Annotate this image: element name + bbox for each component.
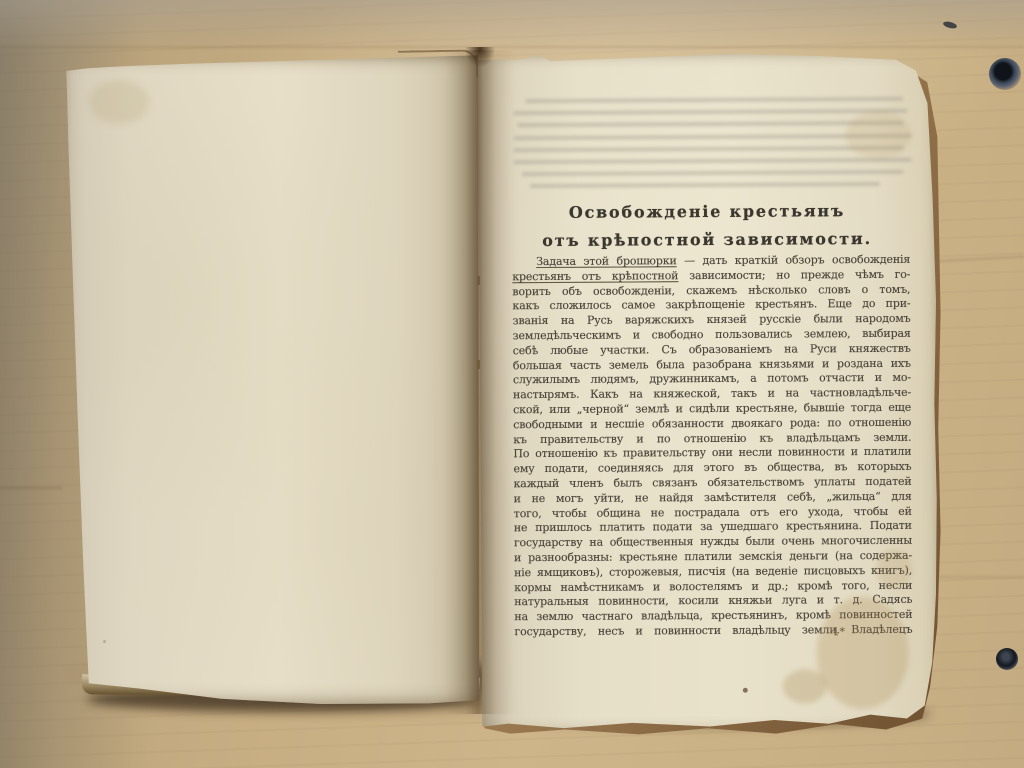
chapter-title-line-1: Освобожденіе крестьянъ [498,197,916,228]
paper-stain [816,597,909,710]
screw-icon [989,58,1021,90]
screw-icon [996,648,1018,670]
right-page: Освобожденіе крестьянъ отъ крѣпостной за… [477,49,939,734]
wood-grain-seam [933,256,1024,263]
chapter-title: Освобожденіе крестьянъ отъ крѣпостной за… [498,197,916,256]
showthrough-line [530,182,880,188]
showthrough-line [513,109,907,115]
showthrough-line [514,146,904,152]
paper-stain [845,111,911,159]
binding-stitch [477,276,480,285]
wood-grain-seam [0,46,1024,48]
showthrough-line [525,97,903,103]
foxing-spot [743,688,748,693]
showthrough-line [517,121,903,127]
wood-grain-seam [933,576,1024,578]
wood-notch [942,20,957,29]
pencil-underline: крестьянъ отъ крѣпостной [512,269,678,283]
pencil-underline: Задача этой брошюрки [536,254,676,268]
paper-stain [89,80,149,124]
paper-stain [783,669,827,703]
photo-scene: Освобожденіе крестьянъ отъ крѣпостной за… [0,0,1024,768]
binding-stitch [477,360,480,369]
chapter-title-line-2: отъ крѣпостной зависимости. [498,225,916,256]
gutter-top-shadow [465,47,495,67]
showthrough-line [514,158,912,164]
body-text: Задача этой брошюрки — дать краткій обзо… [512,253,912,640]
showthrough-line [522,170,904,176]
foxing-spot [103,640,106,643]
paper-stain [876,549,912,589]
wood-grain-seam [0,487,62,489]
left-page-blank [63,54,479,704]
